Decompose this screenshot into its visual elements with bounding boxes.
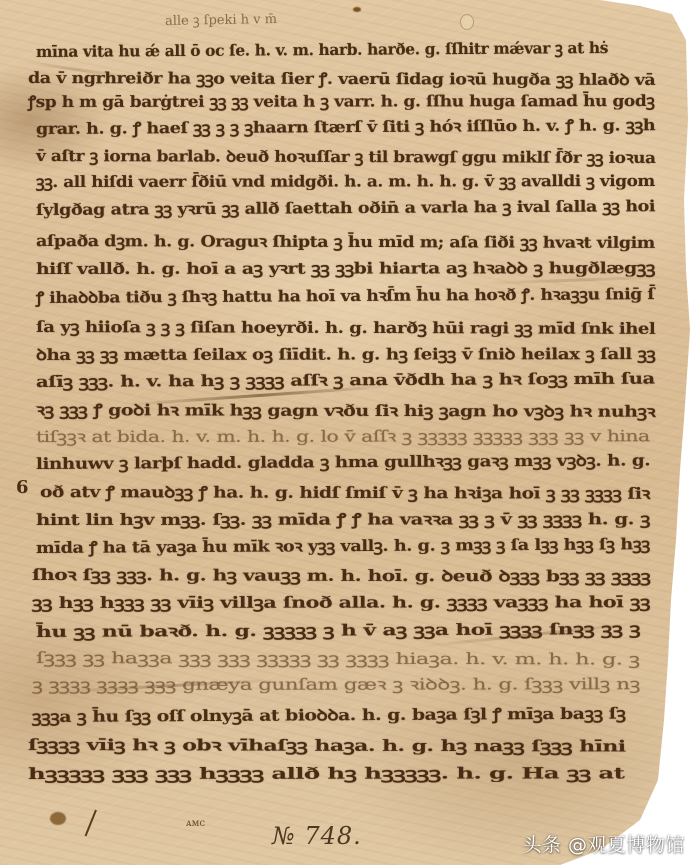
small-annotation: ᴀᴍᴄ (186, 818, 205, 829)
manuscript-line: v̄ aſtr ꝫ iorna barlab. ꝺeuð hoꝛuſſar ꝫ … (36, 144, 656, 168)
manuscript-line: hꝫꝫꝫꝫꝫ ꝫꝫꝫ ꝫꝫꝫ hꝫꝫꝫꝫ allð hꝫ hꝫꝫꝫꝫꝫ. h. … (28, 761, 624, 784)
manuscript-line: ꝫ ꝫꝫꝫꝫ ꝫꝫꝫꝫ ꝫꝫꝫ gnæya gunſam gæꝛ ꝫ ꝛiꝺꝺꝫ… (32, 672, 640, 695)
manuscript-line: mīda ꝭ ha tā yaꝫa h̄u mīk ꝛoꝛ yꝫꝫ vallꝫ.… (36, 532, 650, 558)
manuscript-line: ꝭsp h m gā barġtrei ꝫꝫ ꝫꝫ veita h ꝫ varr… (28, 89, 655, 112)
manuscript-line: mīna vita hu ǽ all ō oc ſe. h. v. m. har… (36, 36, 655, 62)
manuscript-line: ſhoꝛ ſꝫꝫ ꝫꝫꝫ. h. g. hꝫ vauꝫꝫ m. h. hoī. … (32, 563, 651, 587)
manuscript-line: aſpaða dꝫm. h. g. Oraguꝛ ſhipta ꝫ h̄u mī… (36, 229, 655, 253)
header-annotation: alle ꝫ ſpeki h v m̄ (165, 9, 277, 29)
ink-blot (50, 812, 66, 825)
manuscript-line: aſīꝫ ꝫꝫꝫ. h. v. ha hꝫ ꝫ ꝫꝫꝫꝫ aſſꝛ ꝫ ana … (36, 367, 655, 392)
parchment-leaf: alle ꝫ ſpeki h v m̄ 6 mīna vita hu ǽ all… (0, 0, 693, 865)
manuscript-line: oð atv ꝭ mauꝺꝫꝫ ꝭ ha. h. g. hidſ ſmiſ v̄… (40, 480, 650, 504)
margin-numeral: 6 (16, 477, 29, 498)
manuscript-line: ſylgðag atra ꝫꝫ yꝛrū ꝫꝫ allð ſaettah oði… (36, 194, 655, 220)
parchment-hole (460, 14, 474, 30)
manuscript-line: ꝛꝫ ꝫꝫꝫ ꝭ goꝺi hꝛ mīk hꝫꝫ gagn vꝛðu ſiꝛ h… (36, 398, 655, 422)
manuscript-photo: alle ꝫ ſpeki h v m̄ 6 mīna vita hu ǽ all… (0, 0, 693, 865)
manuscript-line: ſꝫꝫꝫꝫ vīiꝫ hꝛ ꝫ obꝛ vīhaſꝫꝫ haꝫa. h. g. … (28, 733, 626, 756)
manuscript-line: linhuwv ꝫ larþſ hadd. gladda ꝫ hma gullh… (36, 448, 650, 474)
manuscript-line: h̄u ꝫꝫ nū baꝛð. h. g. ꝫꝫꝫꝫꝫ ꝫ h v̄ aꝫ ꝫꝫ… (36, 617, 640, 642)
manuscript-line: ſa yꝫ hiioſa ꝫ ꝫ ꝫ ſiſan hoeyrði. h. g. … (36, 315, 655, 339)
manuscript-line: grar. h. g. ꝭ haeſ ꝫꝫ ꝫ ꝫ ꝫhaarn ſtærſ v… (36, 113, 655, 139)
catalog-number: № 748. (272, 822, 362, 850)
manuscript-line: ꝫꝫꝫa ꝫ h̄u ſꝫꝫ oſſ olnyꝫā at bioꝺꝺa. h. … (32, 702, 626, 727)
manuscript-line: da v̄ ngrhreiðr ha ꝫꝫo veita ſier ꝭ. vae… (28, 66, 655, 90)
manuscript-line: hint lin hꝫv mꝫꝫ. ſꝫꝫ. ꝫꝫ mīda ꝭ ꝭ ha va… (36, 507, 650, 530)
pen-stroke (85, 810, 97, 837)
watermark: 头条 @观夏博物馆 (522, 830, 685, 857)
manuscript-line: ꝫꝫ. all hiſdi vaerr ſ̄ðiū vnd midgði. h.… (36, 169, 655, 192)
manuscript-line: tiſꝫꝫꝛ at bida. h. v. m. h. h. g. lo v̄ … (36, 424, 650, 447)
ink-blot (353, 7, 361, 12)
manuscript-line: ſꝫꝫꝫ ꝫꝫ haꝫꝫa ꝫꝫꝫ ꝫꝫꝫ ꝫꝫꝫꝫꝫ ꝫꝫ ꝫꝫꝫꝫ hiaꝫ… (36, 646, 640, 669)
manuscript-line: ꝭ ihaꝺꝺba tiðu ꝫ ſhꝛꝫ hattu ha hoī va hꝛ… (36, 282, 654, 308)
manuscript-line: hiſſ vallð. h. g. hoī a aꝫ yꝛrt ꝫꝫ ꝫꝫbi … (36, 256, 655, 279)
manuscript-line: ꝫꝫ hꝫꝫ hꝫꝫꝫ ꝫꝫ vīiꝫ villꝫa ſnoð alla. h.… (32, 590, 650, 613)
manuscript-line: ꝺha ꝫꝫ ꝫꝫ mætta ſeilax oꝫ ſiīdit. h. g. … (36, 342, 655, 365)
